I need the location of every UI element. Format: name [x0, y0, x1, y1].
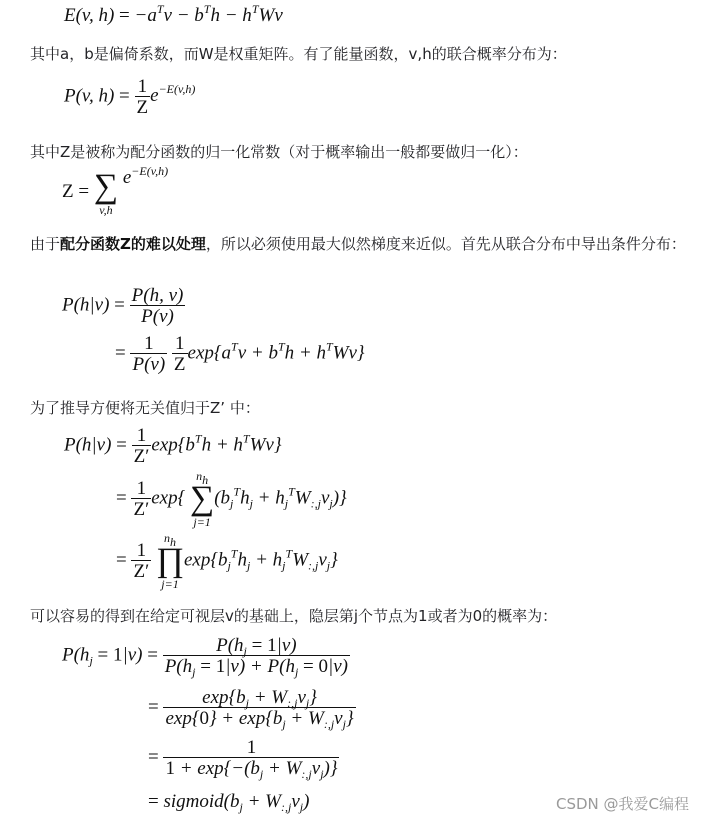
equation-conditional-line1: P(h|v) = P(h, v)P(v): [62, 286, 185, 326]
equation-joint-probability: P(v, h) = 1Ze−E(v,h): [64, 77, 195, 117]
equation-conditional2-line1: P(h|v) = 1Z′exp{bTh + hTWv}: [64, 426, 281, 466]
text-prefix: 由于: [30, 235, 60, 253]
equation-energy-function: E(v, h) = −aTv − bTh − hTWv: [64, 6, 283, 25]
equation-conditional-line2: = 1P(v) 1Zexp{aTv + bTh + hTWv}: [115, 334, 365, 374]
equation-sigmoid-line3: = 11 + exp{−(bj + W:,jvj)}: [148, 738, 339, 778]
paragraph-node-probability: 可以容易的得到在给定可视层v的基础上，隐层第j个节点为1或者为0的概率为：: [0, 604, 703, 628]
paragraph-conditional-intro: 由于配分函数Z的难以处理，所以必须使用最大似然梯度来近似。首先从联合分布中导出条…: [0, 232, 700, 256]
csdn-watermark: CSDN @我爱C编程: [556, 793, 689, 814]
equation-sigmoid-line2: = exp{bj + W:,jvj}exp{0} + exp{bj + W:,j…: [148, 688, 356, 728]
paragraph-absorb-constant: 为了推导方便将无关值归于Z’ 中：: [0, 396, 703, 420]
paragraph-partition-function: 其中Z是被称为配分函数的归一化常数（对于概率输出一般都要做归一化）：: [0, 140, 703, 164]
text-bold-emphasis: 配分函数Z的难以处理: [60, 235, 206, 253]
equation-partition-function: Z = ∑v,h e−E(v,h): [62, 168, 168, 216]
equation-sigmoid-line4: = sigmoid(bj + W:,jvj): [148, 792, 309, 811]
text-suffix: ，所以必须使用最大似然梯度来近似。首先从联合分布中导出条件分布：: [206, 235, 686, 253]
paragraph-bias-weights: 其中a，b是偏倚系数，而W是权重矩阵。有了能量函数，v,h的联合概率分布为：: [0, 42, 703, 66]
equation-sigmoid-line1: P(hj = 1|v) = P(hj = 1|v)P(hj = 1|v) + P…: [62, 636, 350, 676]
equation-conditional2-line2: = 1Z′exp{ nh∑j=1(bjThj + hjTW:,jvj)}: [116, 470, 347, 528]
equation-conditional2-line3: = 1Z′ nh∏j=1exp{bjThj + hjTW:,jvj}: [116, 532, 338, 590]
